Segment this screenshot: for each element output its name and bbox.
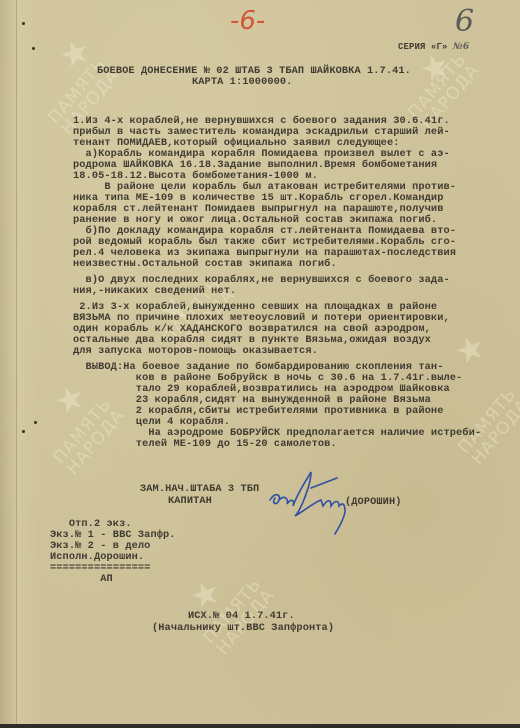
signatory-rank: КАПИТАН <box>168 496 212 507</box>
report-line: неизвестны.Остальной состав экипажа поги… <box>73 259 337 270</box>
signatory-position: ЗАМ.НАЧ.ШТАБА 3 ТБП <box>140 484 259 495</box>
red-page-mark: -6- <box>230 6 265 36</box>
binding-margin-line <box>16 0 17 724</box>
punch-mark <box>22 22 25 25</box>
watermark-star-icon: ★ <box>449 326 491 374</box>
outgoing-number: ИСХ.№ 04 1.7.41г. <box>188 611 295 622</box>
punch-mark <box>34 421 37 424</box>
scan-edge <box>0 724 520 728</box>
report-line: телей МЕ-109 до 15-20 самолетов. <box>73 439 337 450</box>
signatory-name: (ДОРОШИН) <box>345 497 402 508</box>
punch-mark <box>32 47 35 50</box>
handwritten-page-number: 6 <box>455 4 474 39</box>
report-map-scale: КАРТА 1:1000000. <box>192 77 292 88</box>
series-label: СЕРИЯ «Г» №6 <box>398 42 469 53</box>
report-line: для запуска моторов-помощь оказывается. <box>73 346 318 357</box>
archival-document-page: ★ ПАМЯТЬ НАРОДА ★ ПАМЯТЬ НАРОДА ★ ПАМЯТЬ… <box>0 0 520 724</box>
punch-mark <box>22 430 25 433</box>
report-line: ния,-никаких сведений нет. <box>73 286 236 297</box>
addressee: (Начальнику шт.ВВС Запфронта) <box>152 623 334 634</box>
distribution-line: АП <box>50 574 113 585</box>
